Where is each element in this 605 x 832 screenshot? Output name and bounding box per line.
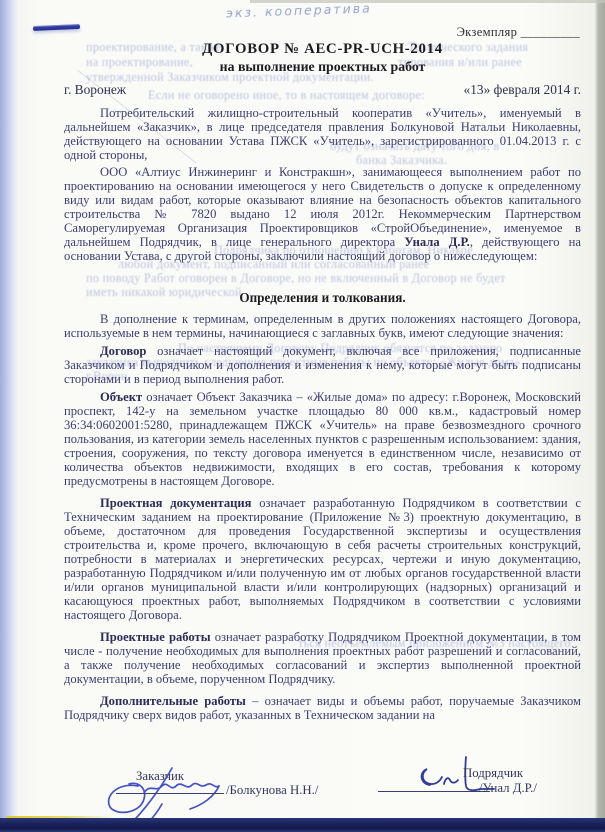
city-date-row: г. Воронеж «13» февраля 2014 г. bbox=[64, 82, 581, 98]
customer-name-label: /Болкунова Н.Н./ bbox=[226, 783, 318, 798]
paragraph-contractor: ООО «Алтиус Инжинеринг и Констракшн», за… bbox=[64, 165, 581, 263]
scan-edge-right bbox=[594, 0, 605, 832]
paragraph-term-obyekt: Объект означает Объект Заказчика – «Жилы… bbox=[64, 390, 581, 488]
paragraph-definitions-intro: В дополнение к терминам, определенным в … bbox=[64, 312, 581, 340]
contractor-role-label: Подрядчик bbox=[463, 766, 523, 781]
scan-bottom-bar bbox=[0, 818, 605, 832]
bleedthrough-text: по поводу Работ оговорен в Договоре, но … bbox=[86, 271, 506, 286]
contractor-name-label: /Унал Д.Р./ bbox=[479, 781, 537, 796]
scanned-contract-page: проектирование, а такжеТехнического зада… bbox=[0, 0, 605, 832]
customer-signature-line bbox=[116, 793, 224, 794]
paragraph-term-dopolnitelnye-raboty: Дополнительные работы – означает виды и … bbox=[64, 694, 581, 722]
scan-edge-left bbox=[0, 0, 18, 832]
definition-paragraphs: В дополнение к терминам, определенным в … bbox=[64, 312, 581, 726]
intro-paragraphs: Потребительский жилищно-строительный коо… bbox=[64, 106, 581, 266]
copy-number-line: Экземпляр _________ bbox=[457, 25, 580, 40]
city-label: г. Воронеж bbox=[64, 82, 126, 98]
contract-subtitle-line: на выполнение проектных работ bbox=[64, 59, 581, 75]
paragraph-term-proektnaya-dokumentaciya: Проектная документация означает разработ… bbox=[64, 496, 581, 622]
paragraph-term-proektnye-raboty: Проектные работы означает разработку Под… bbox=[64, 630, 581, 686]
contract-title: ДОГОВОР № AEC-PR-UCH-2014 на выполнение … bbox=[64, 41, 581, 75]
paragraph-customer: Потребительский жилищно-строительный коо… bbox=[64, 106, 581, 162]
date-label: «13» февраля 2014 г. bbox=[464, 82, 581, 98]
section-heading-definitions: Определения и толкования. bbox=[64, 290, 581, 306]
contract-number-line: ДОГОВОР № AEC-PR-UCH-2014 bbox=[64, 41, 581, 58]
paragraph-term-dogovor: Договор означает настоящий документ, вкл… bbox=[64, 344, 581, 386]
